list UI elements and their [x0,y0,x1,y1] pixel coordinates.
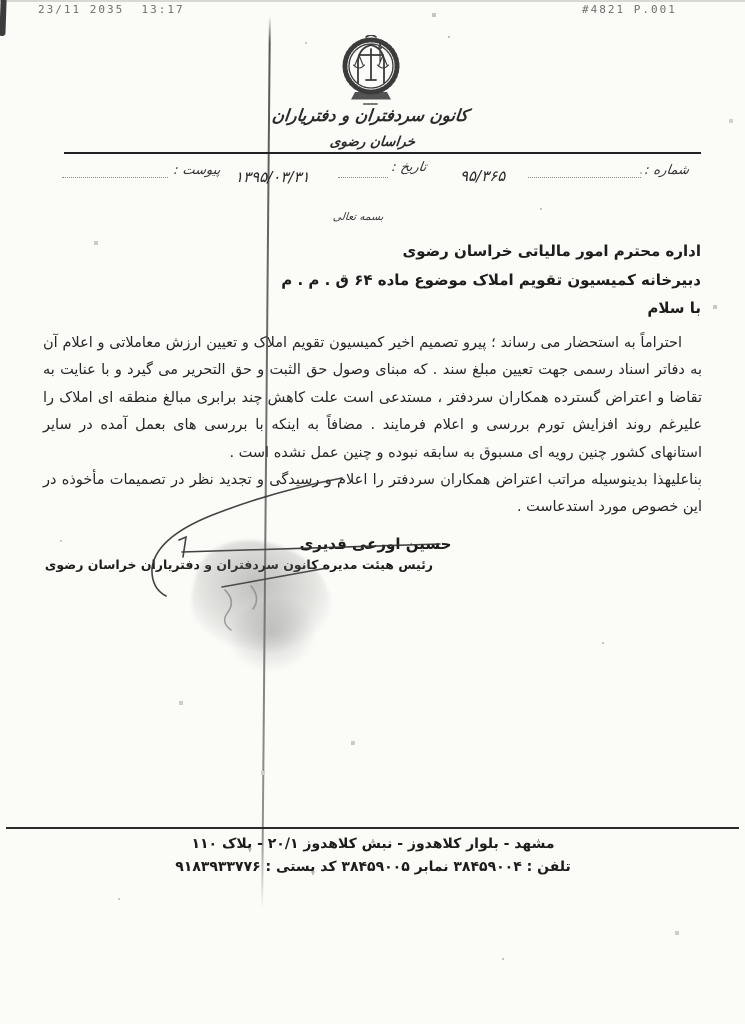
addressee-line1: اداره محترم امور مالیاتی خراسان رضوی [200,237,701,266]
ref-date-value: ۱۳۹۵/۰۳/۳۱ [235,168,310,186]
scan-noise-speckles [0,0,2,2]
scanned-fax-letter-page: 23/11 2035 13:17 #4821 P.001 کانون سردفت… [0,0,745,1024]
dotted-leader-attachment [62,165,168,178]
footer-block: مشهد - بلوار کلاهدوز - نبش کلاهدوز ۲۰/۱ … [28,836,718,875]
footer-rule [6,827,739,829]
scan-edge-artifact [0,0,7,36]
footer-address: مشهد - بلوار کلاهدوز - نبش کلاهدوز ۲۰/۱ … [28,836,718,852]
scales-of-justice-icon [325,35,417,109]
fax-timestamp: 23/11 2035 13:17 [38,3,185,16]
besmeleh-invocation: بسمه تعالی [332,211,384,223]
ref-number-value: ۹۵/۳۶۵ [460,167,505,185]
dotted-leader-number [528,165,641,178]
org-name-calligraphy: کانون سردفتران و دفتریاران [277,106,469,125]
salutation: با سلام [200,294,701,323]
org-region-calligraphy: خراسان رضوی [309,134,436,150]
ref-number-label: شماره : [644,163,690,178]
footer-contact: تلفن : ۳۸۴۵۹۰۰۴ نمابر ۳۸۴۵۹۰۰۵ کد پستی :… [28,859,718,875]
ref-attachment-label: پیوست : [173,163,222,178]
dotted-leader-date [338,165,388,178]
ref-date-label: تاریخ : [391,160,427,175]
addressee-line2: دبیرخانه کمیسیون تقویم املاک موضوع ماده … [200,266,701,295]
fax-page-id: #4821 P.001 [582,3,677,16]
addressee-block: اداره محترم امور مالیاتی خراسان رضوی دبی… [200,237,701,323]
header-rule [64,152,701,154]
